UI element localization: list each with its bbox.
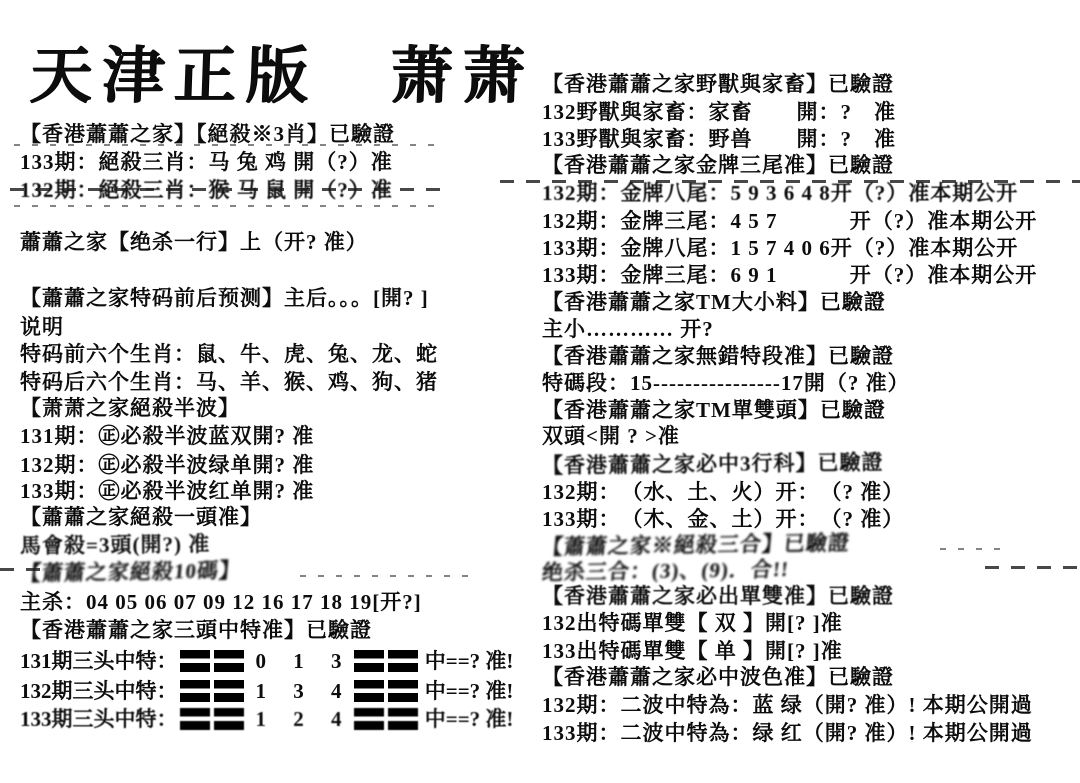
section-header: 【香港蕭蕭之家必出單雙准】已驗證 bbox=[542, 584, 894, 608]
text-line: 特碼段：15----------------17開（? 准） bbox=[542, 371, 910, 395]
scan-artifact bbox=[985, 566, 1080, 569]
text-line: 133期：㊣必殺半波红单開? 准 bbox=[20, 479, 314, 503]
trigram-bars-icon bbox=[388, 680, 418, 702]
trigram-bars-icon bbox=[214, 708, 244, 730]
text-line: 132期：金牌八尾：5 9 3 6 4 8开（?）准本期公开 bbox=[542, 181, 1018, 205]
page-title: 天津正版 萧萧 bbox=[28, 26, 535, 115]
text-line: 蕭蕭之家【绝杀一行】上（开? 准） bbox=[20, 230, 368, 254]
text-line: 主杀：04 05 06 07 09 12 16 17 18 19[开?] bbox=[20, 590, 422, 614]
trigram-row-prefix: 133期三头中特： bbox=[20, 707, 178, 731]
trigram-row: 133期三头中特：1 2 4 中==? 准! bbox=[20, 703, 513, 733]
section-header: 【蕭蕭之家特码前后预测】主后。。。[開? ] bbox=[20, 286, 429, 310]
scan-artifact bbox=[14, 205, 434, 207]
trigram-digits: 1 3 4 bbox=[256, 679, 342, 704]
text-line: 主小………… 开? bbox=[542, 317, 714, 341]
section-header: 【萧萧之家絕殺半波】 bbox=[20, 396, 240, 420]
text-line: 133出特碼單雙【 单 】開[? ]准 bbox=[542, 639, 843, 663]
trigram-row: 131期三头中特：0 1 3 中==? 准! bbox=[20, 645, 513, 675]
trigram-bars-icon bbox=[180, 680, 210, 702]
section-header: 【香港蕭蕭之家必中3行科】已驗證 bbox=[542, 450, 884, 478]
section-header: 【香港蕭蕭之家必中波色准】已驗證 bbox=[542, 665, 894, 689]
text-line: 133期：金牌三尾：6 9 1 开（?）准本期公开 bbox=[542, 263, 1037, 287]
text-line: 132期：絕殺三肖：猴 马 鼠 開（?）准 bbox=[20, 178, 393, 202]
section-header: 【香港蕭蕭之家三頭中特准】已驗證 bbox=[20, 618, 372, 642]
text-line: 132期： （水、土、火）开： （? 准） bbox=[542, 480, 904, 504]
scan-artifact bbox=[940, 548, 1000, 550]
section-header: 【香港蕭蕭之家金牌三尾准】已驗證 bbox=[542, 153, 894, 177]
text-line: 132期：㊣必殺半波绿单開? 准 bbox=[20, 453, 314, 477]
trigram-row-prefix: 132期三头中特： bbox=[20, 679, 178, 703]
trigram-bars-icon bbox=[354, 650, 384, 672]
text-line: 双頭<開 ? >准 bbox=[542, 424, 680, 448]
trigram-bars-icon bbox=[354, 708, 384, 730]
scan-artifact bbox=[300, 575, 470, 577]
trigram-bars-icon bbox=[214, 650, 244, 672]
section-header: 【香港蕭蕭之家無錯特段准】已驗證 bbox=[542, 344, 894, 368]
text-line: 绝杀三合：(3)、(9)．合!! bbox=[541, 557, 790, 584]
text-line: 132野獸與家畜：家畜 開：? 准 bbox=[542, 100, 896, 124]
text-line: 133期： （木、金、土）开： （? 准） bbox=[542, 507, 904, 531]
trigram-bars-icon bbox=[354, 680, 384, 702]
trigram-row-suffix: 中==? 准! bbox=[425, 679, 514, 703]
trigram-bars-icon bbox=[388, 708, 418, 730]
text-line: 133期：二波中特為：绿 红（開? 准）! 本期公開過 bbox=[542, 721, 1033, 745]
trigram-digits: 0 1 3 bbox=[256, 649, 342, 674]
text-line: 132期：金牌三尾：4 5 7 开（?）准本期公开 bbox=[542, 209, 1037, 233]
text-line: 133期：金牌八尾：1 5 7 4 0 6开（?）准本期公开 bbox=[542, 236, 1018, 260]
text-line: 133野獸與家畜：野兽 開：? 准 bbox=[542, 127, 896, 151]
section-header: 【香港蕭蕭之家TM單雙頭】已驗證 bbox=[542, 398, 886, 422]
section-header: 【蕭蕭之家絕殺一頭准】 bbox=[20, 505, 262, 529]
text-line: 132期：二波中特為：蓝 绿（開? 准）! 本期公開過 bbox=[542, 693, 1033, 717]
section-header: 【蕭蕭之家絕殺10碼】 bbox=[19, 558, 242, 585]
section-header: 【蕭蕭之家※絕殺三合】已驗證 bbox=[541, 531, 851, 559]
text-line: 133期：絕殺三肖：马 兔 鸡 開（?）准 bbox=[20, 150, 393, 174]
trigram-row-suffix: 中==? 准! bbox=[425, 649, 514, 673]
trigram-bars-icon bbox=[388, 650, 418, 672]
section-header: 【香港蕭蕭之家TM大小料】已驗證 bbox=[542, 290, 886, 314]
section-header: 【香港蕭蕭之家野獸與家畜】已驗證 bbox=[542, 72, 894, 96]
text-line: 特码前六个生肖：鼠、牛、虎、兔、龙、蛇 bbox=[20, 342, 438, 366]
text-line: 131期：㊣必殺半波蓝双開? 准 bbox=[20, 424, 314, 448]
trigram-digits: 1 2 4 bbox=[256, 707, 342, 732]
scanned-lottery-sheet: { "page": { "background": "#ffffff", "in… bbox=[0, 0, 1080, 783]
text-line: 132出特碼單雙【 双 】開[? ]准 bbox=[542, 611, 843, 635]
trigram-row-suffix: 中==? 准! bbox=[425, 707, 514, 731]
trigram-row: 132期三头中特：1 3 4 中==? 准! bbox=[20, 675, 513, 705]
trigram-bars-icon bbox=[180, 650, 210, 672]
trigram-bars-icon bbox=[214, 680, 244, 702]
trigram-bars-icon bbox=[180, 708, 210, 730]
text-line: 馬會殺=3頭(開?) 准 bbox=[20, 532, 210, 558]
text-line: 说明 bbox=[20, 315, 64, 339]
text-line: 特码后六个生肖：马、羊、猴、鸡、狗、猪 bbox=[20, 370, 438, 394]
section-header: 【香港蕭蕭之家】【絕殺※3肖】已驗證 bbox=[20, 122, 395, 146]
trigram-row-prefix: 131期三头中特： bbox=[20, 649, 178, 673]
